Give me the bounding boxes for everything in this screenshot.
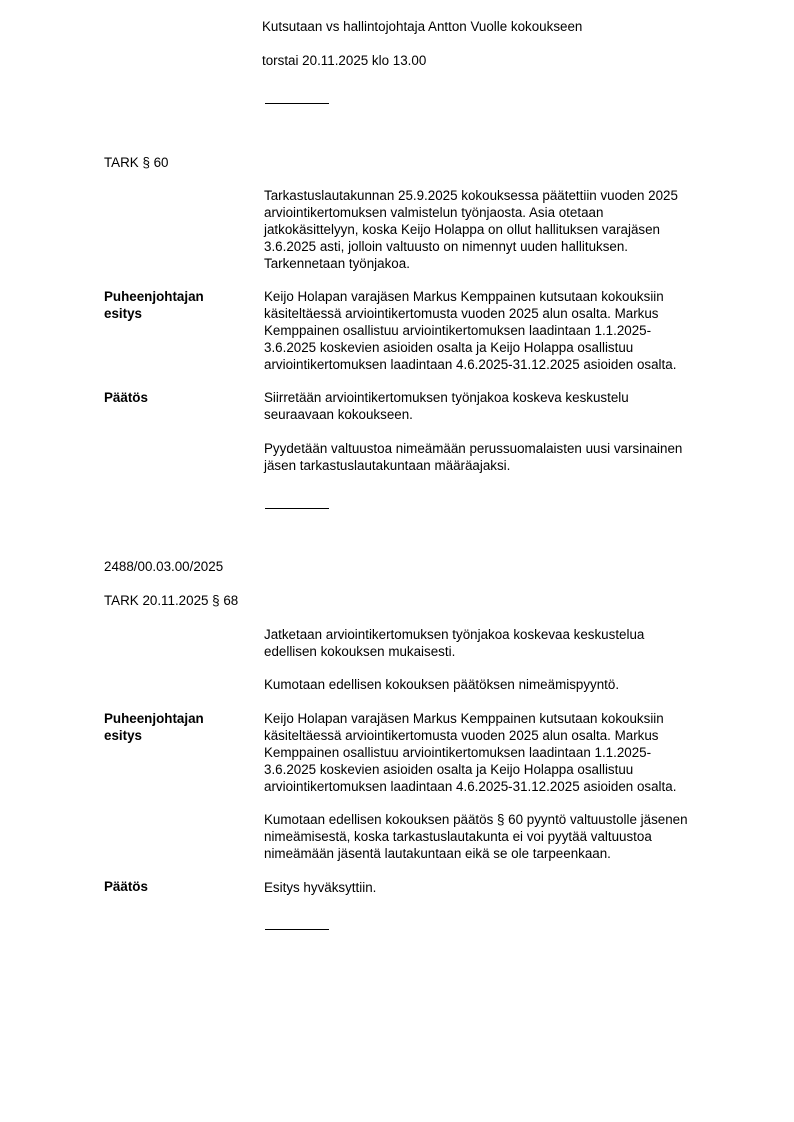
- label-line: esitys: [104, 306, 204, 323]
- text-line: Kemppainen osallistuu arviointikertomuks…: [264, 745, 676, 762]
- text-line: Kumotaan edellisen kokouksen päätöksen n…: [264, 677, 619, 694]
- text-line: seuraavaan kokoukseen.: [264, 407, 629, 424]
- section-68-decision: Esitys hyväksyttiin.: [264, 880, 376, 897]
- section-68-proposal-label: Puheenjohtajan esitys: [104, 711, 204, 745]
- text-line: jatkokäsittelyyn, koska Keijo Holappa on…: [264, 222, 678, 239]
- text-line: Kemppainen osallistuu arviointikertomuks…: [264, 323, 676, 340]
- text-line: arviointikertomuksen valmistelun työnjao…: [264, 205, 678, 222]
- text-line: Jatketaan arviointikertomuksen työnjakoa…: [264, 627, 644, 644]
- section-60-decision-p1: Siirretään arviointikertomuksen työnjako…: [264, 390, 629, 424]
- section-60-decision-p2: Pyydetään valtuustoa nimeämään perussuom…: [264, 441, 682, 475]
- text-line: Siirretään arviointikertomuksen työnjako…: [264, 390, 629, 407]
- section-divider: [265, 508, 329, 509]
- section-60-proposal-label: Puheenjohtajan esitys: [104, 289, 204, 323]
- text-line: Esitys hyväksyttiin.: [264, 880, 376, 897]
- text-line: Tarkennetaan työnjakoa.: [264, 256, 678, 273]
- invite-line: Kutsutaan vs hallintojohtaja Antton Vuol…: [262, 19, 582, 36]
- text-line: Pyydetään valtuustoa nimeämään perussuom…: [264, 441, 682, 458]
- case-number: 2488/00.03.00/2025: [104, 559, 223, 576]
- section-68-proposal-p1: Keijo Holapan varajäsen Markus Kemppaine…: [264, 711, 676, 796]
- section-68-reference: TARK 20.11.2025 § 68: [104, 593, 238, 610]
- text-line: Kumotaan edellisen kokouksen päätös § 60…: [264, 812, 688, 829]
- meeting-date-line: torstai 20.11.2025 klo 13.00: [262, 53, 426, 70]
- text-line: nimeämisestä, koska tarkastuslautakunta …: [264, 829, 688, 846]
- text-line: 3.6.2025 koskevien asioiden osalta ja Ke…: [264, 340, 676, 357]
- section-68-intro-p2: Kumotaan edellisen kokouksen päätöksen n…: [264, 677, 619, 694]
- text-line: nimeämään jäsentä lautakuntaan eikä se o…: [264, 846, 688, 863]
- text-line: Keijo Holapan varajäsen Markus Kemppaine…: [264, 711, 676, 728]
- section-60-proposal: Keijo Holapan varajäsen Markus Kemppaine…: [264, 289, 676, 374]
- text-line: käsiteltäessä arviointikertomusta vuoden…: [264, 728, 676, 745]
- section-divider: [265, 103, 329, 104]
- text-line: 3.6.2025 asti, jolloin valtuusto on nime…: [264, 239, 678, 256]
- label-line: Puheenjohtajan: [104, 711, 204, 728]
- section-divider: [265, 929, 329, 930]
- text-line: 3.6.2025 koskevien asioiden osalta ja Ke…: [264, 762, 676, 779]
- text-line: käsiteltäessä arviointikertomusta vuoden…: [264, 306, 676, 323]
- section-60-decision-label: Päätös: [104, 390, 148, 407]
- text-line: arviointikertomuksen laadintaan 4.6.2025…: [264, 779, 676, 796]
- section-60-intro: Tarkastuslautakunnan 25.9.2025 kokoukses…: [264, 188, 678, 273]
- section-68-proposal-p2: Kumotaan edellisen kokouksen päätös § 60…: [264, 812, 688, 863]
- label-line: Puheenjohtajan: [104, 289, 204, 306]
- text-line: edellisen kokouksen mukaisesti.: [264, 644, 644, 661]
- text-line: jäsen tarkastuslautakuntaan määräajaksi.: [264, 458, 682, 475]
- section-68-intro-p1: Jatketaan arviointikertomuksen työnjakoa…: [264, 627, 644, 661]
- text-line: arviointikertomuksen laadintaan 4.6.2025…: [264, 357, 676, 374]
- section-60-reference: TARK § 60: [104, 155, 169, 172]
- text-line: Keijo Holapan varajäsen Markus Kemppaine…: [264, 289, 676, 306]
- label-line: esitys: [104, 728, 204, 745]
- text-line: Tarkastuslautakunnan 25.9.2025 kokoukses…: [264, 188, 678, 205]
- section-68-decision-label: Päätös: [104, 879, 148, 896]
